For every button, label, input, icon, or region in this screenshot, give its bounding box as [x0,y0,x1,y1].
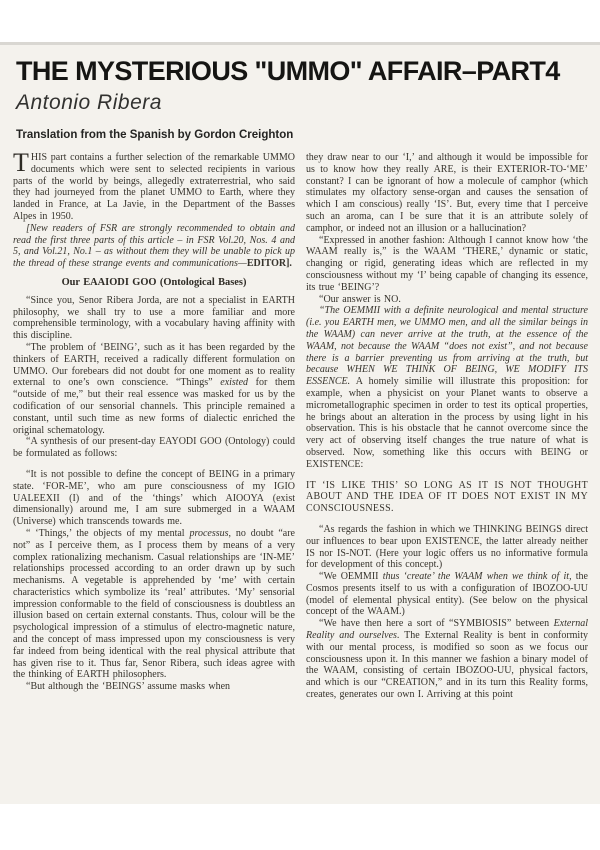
paragraph: they draw near to our ‘I,’ and although … [306,152,588,235]
article-header: THE MYSTERIOUS "UMMO" AFFAIR–PART4 Anton… [0,42,600,142]
paragraph: “We have then here a sort of “SYMBIOSIS”… [306,618,588,701]
article-title: THE MYSTERIOUS "UMMO" AFFAIR–PART4 [16,56,586,86]
text-run: “As regards the fashion in which we THIN… [306,524,588,570]
paragraph: “As regards the fashion in which we THIN… [306,524,588,571]
paragraph: “We OEMMII thus ‘create’ the WAAM when w… [306,571,588,618]
page: { "colors": { "paper": "#f4f2ed", "ink":… [0,0,600,850]
left-column: THIS part contains a further selection o… [13,152,295,701]
text-run: “But although the ‘BEINGS’ assume masks … [26,681,230,692]
text-run: HIS part contains a further selection of… [13,152,295,222]
paragraph: “But although the ‘BEINGS’ assume masks … [13,681,295,693]
paragraph: “ ‘Things,’ the objects of my mental pro… [13,528,295,681]
text-run: IT ‘IS LIKE THIS’ SO LONG AS IT IS NOT T… [306,480,588,515]
paragraph: “It is not possible to define the concep… [13,469,295,528]
scanned-page: THE MYSTERIOUS "UMMO" AFFAIR–PART4 Anton… [0,42,600,804]
section-heading: Our EAAIODI GOO (Ontological Bases) [13,277,295,289]
intro-paragraph: THIS part contains a further selection o… [13,152,295,223]
text-run: “Expressed in another fashion: Although … [306,235,588,293]
paragraph: “Since you, Senor Ribera Jorda, are not … [13,295,295,342]
paragraph: “The OEMMII with a definite neurological… [306,305,588,470]
paragraph: “The problem of ‘BEING’, such as it has … [13,342,295,436]
paragraph: “Expressed in another fashion: Although … [306,235,588,294]
text-run: “We have then here a sort of “SYMBIOSIS”… [319,618,554,629]
text-run: A homely similie will illustrate this pr… [306,376,588,470]
paragraph: “Our answer is NO. [306,294,588,306]
caps-statement: IT ‘IS LIKE THIS’ SO LONG AS IT IS NOT T… [306,480,588,515]
text-run: EDITOR]. [247,258,292,269]
text-run: , no doubt “are not” as I perceive them,… [13,528,295,681]
drop-cap: T [13,152,31,173]
translation-credit: Translation from the Spanish by Gordon C… [16,128,586,142]
right-column: they draw near to our ‘I,’ and although … [306,152,588,701]
text-run: “A synthesis of our present-day EAYODI G… [13,436,295,459]
text-run: “Since you, Senor Ribera Jorda, are not … [13,295,295,341]
text-run: “ ‘Things,’ the objects of my mental [26,528,189,539]
text-run: “It is not possible to define the concep… [13,469,295,527]
page-top-edge [0,42,600,45]
text-run: thus ‘create’ the WAAM when we think of … [383,571,569,582]
paragraph: “A synthesis of our present-day EAYODI G… [13,436,295,460]
editor-note: [New readers of FSR are strongly recomme… [13,223,295,270]
text-run: “We OEMMII [319,571,383,582]
text-run: they draw near to our ‘I,’ and although … [306,152,588,234]
text-run: processus [189,528,228,539]
text-run: “The OEMMII with a definite neurological… [306,305,588,387]
article-body: THIS part contains a further selection o… [0,142,600,701]
article-author: Antonio Ribera [16,91,586,115]
text-run: existed [220,377,248,388]
text-run: “Our answer is NO. [319,294,401,305]
